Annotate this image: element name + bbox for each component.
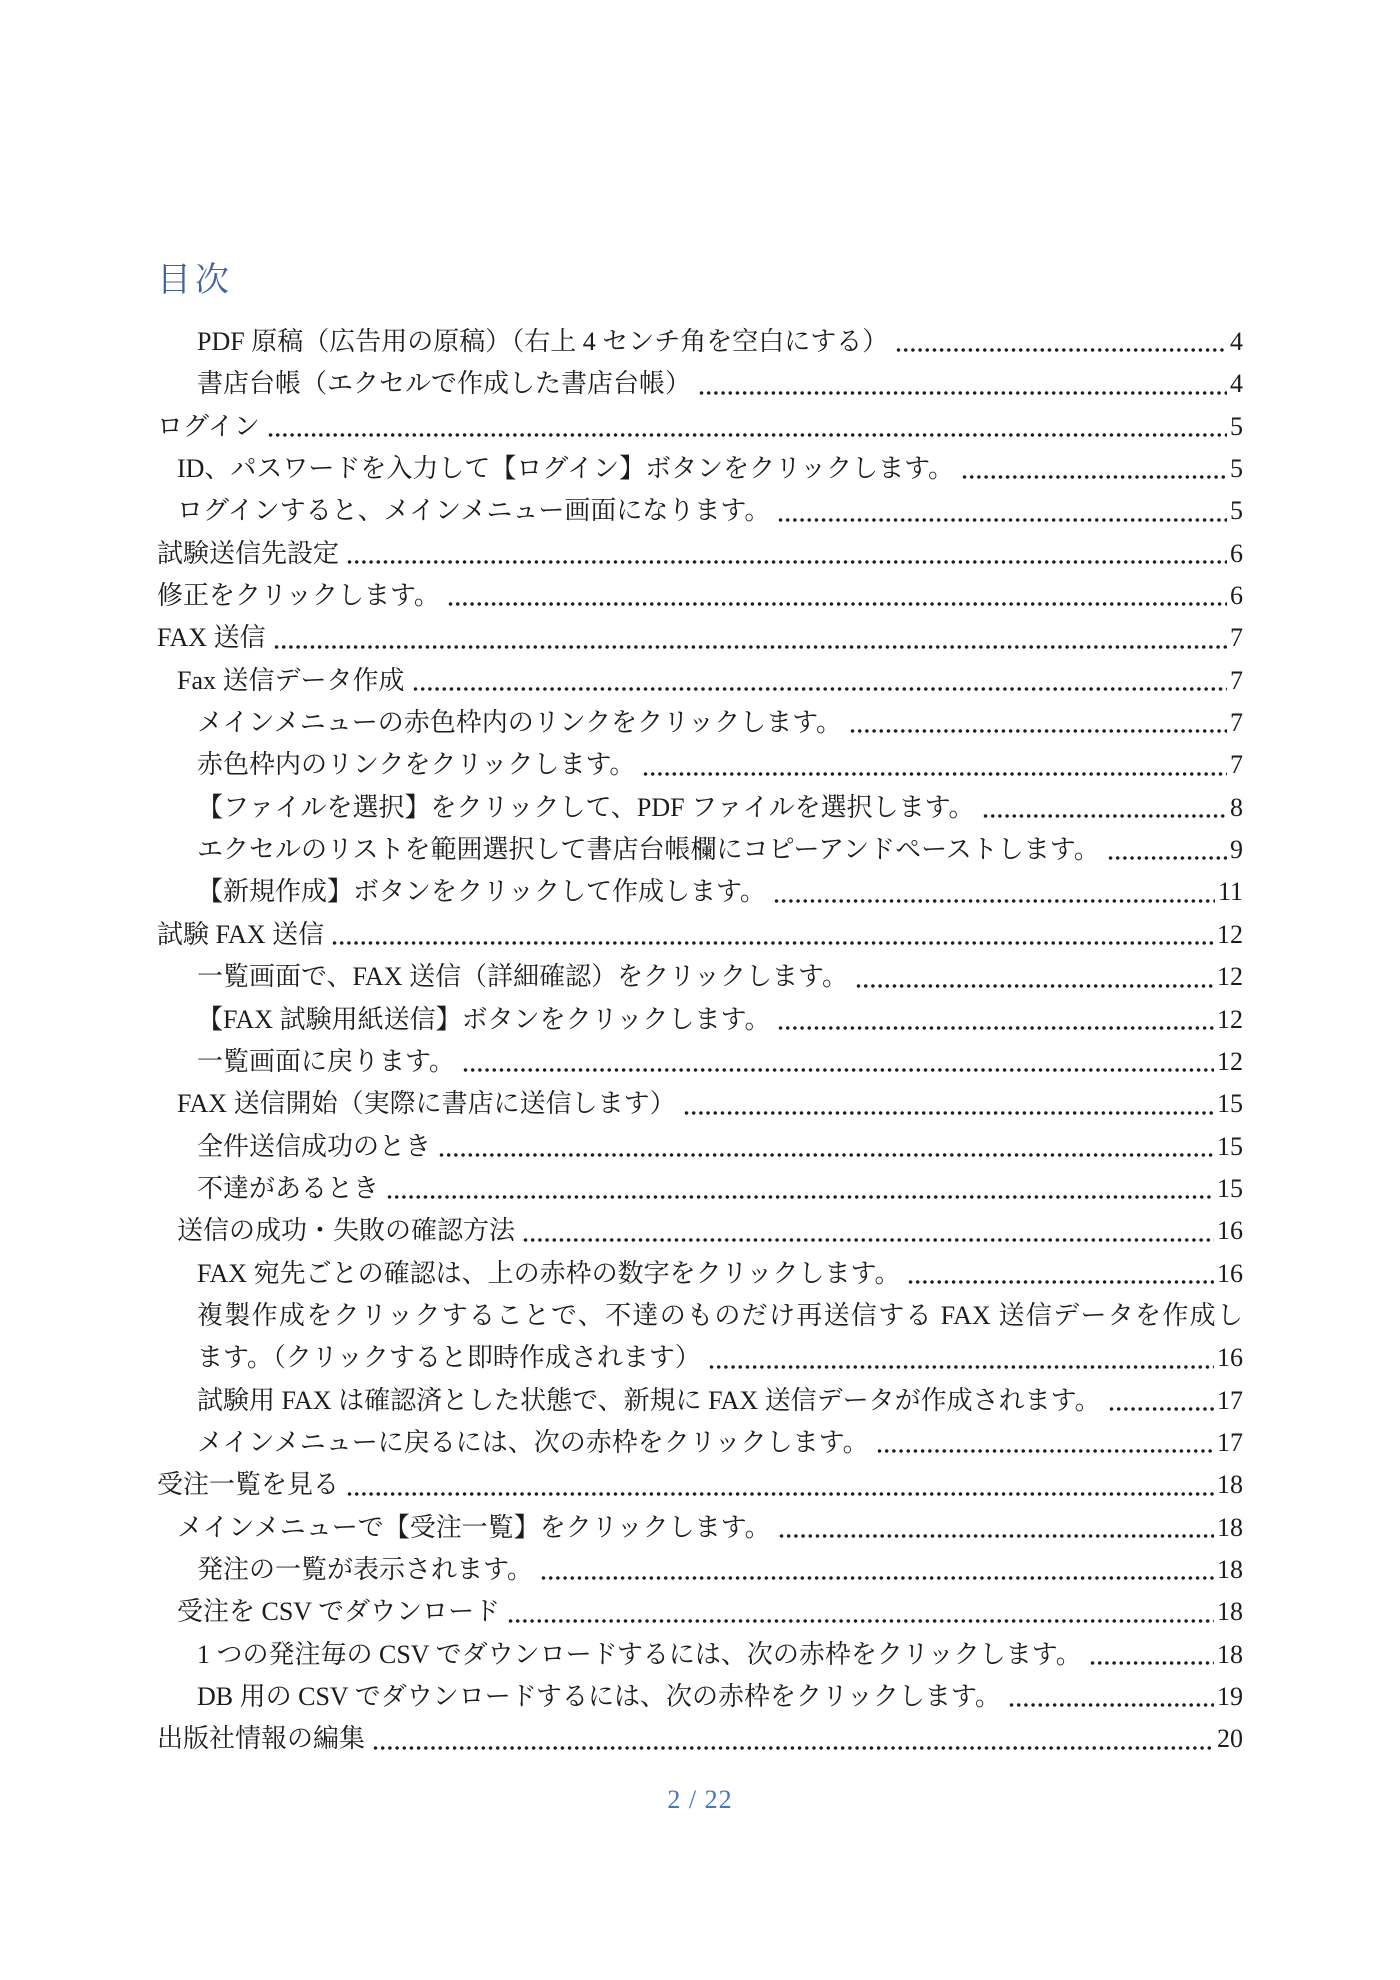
toc-entry-text: FAX 宛先ごとの確認は、上の赤枠の数字をクリックします。 xyxy=(197,1253,900,1295)
toc-page-number: 15 xyxy=(1216,1168,1243,1210)
toc-entry[interactable]: 送信の成功・失敗の確認方法16 xyxy=(157,1210,1243,1252)
toc-page-number: 4 xyxy=(1229,363,1243,405)
toc-page-number: 5 xyxy=(1229,406,1243,448)
toc-entry-text: メインメニューで【受注一覧】をクリックします。 xyxy=(177,1507,771,1549)
dot-leader xyxy=(778,1531,1214,1541)
document-page: { "page": { "title": "目次", "footer_page_… xyxy=(0,0,1400,1980)
toc-entry[interactable]: DB 用の CSV でダウンロードするには、次の赤枠をクリックします。19 xyxy=(157,1676,1243,1718)
toc-page-number: 18 xyxy=(1216,1464,1243,1506)
toc-entry-text: 【FAX 試験用紙送信】ボタンをクリックします。 xyxy=(197,999,770,1041)
toc-list: PDF 原稿（広告用の原稿）（右上 4 センチ角を空白にする）4書店台帳（エクセ… xyxy=(157,321,1243,1761)
toc-entry-text: 出版社情報の編集 xyxy=(157,1718,365,1760)
toc-entry-text: 【新規作成】ボタンをクリックして作成します。 xyxy=(197,871,766,913)
toc-entry[interactable]: メインメニューで【受注一覧】をクリックします。18 xyxy=(157,1507,1243,1549)
toc-page-number: 6 xyxy=(1229,575,1243,617)
dot-leader xyxy=(273,642,1227,652)
toc-entry[interactable]: 修正をクリックします。6 xyxy=(157,575,1243,617)
toc-entry[interactable]: 一覧画面で、FAX 送信（詳細確認）をクリックします。12 xyxy=(157,956,1243,998)
dot-leader xyxy=(522,1235,1214,1245)
dot-leader xyxy=(773,896,1215,906)
toc-entry[interactable]: ます。（クリックすると即時作成されます）16 xyxy=(157,1337,1243,1379)
toc-page-number: 9 xyxy=(1229,829,1243,871)
dot-leader xyxy=(346,557,1227,567)
toc-page-number: 15 xyxy=(1216,1126,1243,1168)
dot-leader xyxy=(346,1489,1214,1499)
dot-leader xyxy=(438,1150,1214,1160)
toc-page-number: 19 xyxy=(1216,1676,1243,1718)
toc-page-number: 12 xyxy=(1216,956,1243,998)
toc-entry-text: FAX 送信 xyxy=(157,617,266,659)
toc-entry-text: 【ファイルを選択】をクリックして、PDF ファイルを選択します。 xyxy=(197,787,975,829)
toc-page-number: 18 xyxy=(1216,1634,1243,1676)
toc-entry-text: 受注を CSV でダウンロード xyxy=(177,1591,500,1633)
toc-entry-text: 発注の一覧が表示されます。 xyxy=(197,1549,533,1591)
toc-entry-text: Fax 送信データ作成 xyxy=(177,660,405,702)
toc-entry[interactable]: 不達があるとき15 xyxy=(157,1168,1243,1210)
toc-entry-text: ログインすると、メインメニュー画面になります。 xyxy=(177,490,770,532)
dot-leader xyxy=(267,430,1227,440)
toc-entry[interactable]: 受注一覧を見る18 xyxy=(157,1464,1243,1506)
dot-leader xyxy=(855,981,1214,991)
toc-entry[interactable]: 出版社情報の編集20 xyxy=(157,1718,1243,1760)
dot-leader xyxy=(1108,1404,1214,1414)
toc-entry[interactable]: 赤色枠内のリンクをクリックします。7 xyxy=(157,744,1243,786)
toc-page-number: 12 xyxy=(1216,999,1243,1041)
toc-entry[interactable]: メインメニューの赤色枠内のリンクをクリックします。7 xyxy=(157,702,1243,744)
toc-entry-text: ます。（クリックすると即時作成されます） xyxy=(197,1337,701,1379)
toc-entry-text: 修正をクリックします。 xyxy=(157,575,440,617)
toc-page-number: 17 xyxy=(1216,1380,1243,1422)
toc-entry-text: PDF 原稿（広告用の原稿）（右上 4 センチ角を空白にする） xyxy=(197,321,888,363)
toc-page-number: 15 xyxy=(1216,1083,1243,1125)
dot-leader xyxy=(372,1743,1214,1753)
toc-entry[interactable]: 【新規作成】ボタンをクリックして作成します。11 xyxy=(157,871,1243,913)
dot-leader xyxy=(507,1616,1214,1626)
toc-title: 目次 xyxy=(157,252,233,301)
dot-leader xyxy=(642,769,1227,779)
toc-page-number: 6 xyxy=(1229,533,1243,575)
toc-entry-text: 試験用 FAX は確認済とした状態で、新規に FAX 送信データが作成されます。 xyxy=(197,1380,1101,1422)
dot-leader xyxy=(961,472,1227,482)
toc-entry-text: DB 用の CSV でダウンロードするには、次の赤枠をクリックします。 xyxy=(197,1676,1001,1718)
dot-leader xyxy=(1107,853,1227,863)
toc-entry[interactable]: 試験 FAX 送信12 xyxy=(157,914,1243,956)
toc-entry[interactable]: 試験用 FAX は確認済とした状態で、新規に FAX 送信データが作成されます。… xyxy=(157,1380,1243,1422)
toc-entry[interactable]: 書店台帳（エクセルで作成した書店台帳）4 xyxy=(157,363,1243,405)
toc-page-number: 16 xyxy=(1216,1210,1243,1252)
toc-page-number: 18 xyxy=(1216,1549,1243,1591)
toc-entry[interactable]: Fax 送信データ作成7 xyxy=(157,660,1243,702)
toc-page-number: 20 xyxy=(1216,1718,1243,1760)
dot-leader xyxy=(683,1108,1214,1118)
toc-entry-text: 1 つの発注毎の CSV でダウンロードするには、次の赤枠をクリックします。 xyxy=(197,1634,1082,1676)
dot-leader xyxy=(540,1573,1214,1583)
toc-entry[interactable]: 【ファイルを選択】をクリックして、PDF ファイルを選択します。8 xyxy=(157,787,1243,829)
dot-leader xyxy=(849,726,1227,736)
toc-entry-text: エクセルのリストを範囲選択して書店台帳欄にコピーアンドペーストします。 xyxy=(197,829,1100,871)
toc-page-number: 7 xyxy=(1229,744,1243,786)
toc-entry-text: 赤色枠内のリンクをクリックします。 xyxy=(197,744,635,786)
dot-leader xyxy=(876,1446,1214,1456)
toc-entry-text: ID、パスワードを入力して【ログイン】ボタンをクリックします。 xyxy=(177,448,954,490)
toc-entry[interactable]: ID、パスワードを入力して【ログイン】ボタンをクリックします。5 xyxy=(157,448,1243,490)
toc-entry-text: 一覧画面で、FAX 送信（詳細確認）をクリックします。 xyxy=(197,956,848,998)
dot-leader xyxy=(1008,1700,1214,1710)
toc-page-number: 8 xyxy=(1229,787,1243,829)
toc-entry[interactable]: FAX 宛先ごとの確認は、上の赤枠の数字をクリックします。16 xyxy=(157,1253,1243,1295)
toc-entry-text: ログイン xyxy=(157,406,260,448)
toc-entry[interactable]: メインメニューに戻るには、次の赤枠をクリックします。17 xyxy=(157,1422,1243,1464)
toc-entry-text: 全件送信成功のとき xyxy=(197,1126,431,1168)
toc-entry-text: 試験 FAX 送信 xyxy=(157,914,324,956)
toc-page-number: 12 xyxy=(1216,1041,1243,1083)
dot-leader xyxy=(907,1277,1214,1287)
dot-leader xyxy=(777,515,1227,525)
toc-page-number: 12 xyxy=(1216,914,1243,956)
toc-entry-text: 一覧画面に戻ります。 xyxy=(197,1041,455,1083)
dot-leader xyxy=(895,345,1227,355)
toc-page-number: 5 xyxy=(1229,490,1243,532)
toc-entry-text: 試験送信先設定 xyxy=(157,533,339,575)
toc-entry[interactable]: 発注の一覧が表示されます。18 xyxy=(157,1549,1243,1591)
toc-page-number: 11 xyxy=(1217,871,1243,913)
dot-leader xyxy=(447,599,1227,609)
toc-entry-text: FAX 送信開始（実際に書店に送信します） xyxy=(177,1083,676,1125)
toc-entry[interactable]: 1 つの発注毎の CSV でダウンロードするには、次の赤枠をクリックします。18 xyxy=(157,1634,1243,1676)
toc-page-number: 18 xyxy=(1216,1591,1243,1633)
toc-entry-text: 複製作成をクリックすることで、不達のものだけ再送信する FAX 送信データを作成… xyxy=(197,1301,1243,1330)
toc-entry[interactable]: 受注を CSV でダウンロード18 xyxy=(157,1591,1243,1633)
toc-entry[interactable]: エクセルのリストを範囲選択して書店台帳欄にコピーアンドペーストします。9 xyxy=(157,829,1243,871)
toc-entry-text: メインメニューの赤色枠内のリンクをクリックします。 xyxy=(197,702,842,744)
dot-leader xyxy=(386,1192,1214,1202)
toc-page-number: 4 xyxy=(1229,321,1243,363)
toc-entry[interactable]: 全件送信成功のとき15 xyxy=(157,1126,1243,1168)
toc-entry-text: メインメニューに戻るには、次の赤枠をクリックします。 xyxy=(197,1422,869,1464)
toc-entry-text: 書店台帳（エクセルで作成した書店台帳） xyxy=(197,363,691,405)
toc-entry[interactable]: PDF 原稿（広告用の原稿）（右上 4 センチ角を空白にする）4 xyxy=(157,321,1243,363)
toc-page-number: 18 xyxy=(1216,1507,1243,1549)
toc-page-number: 7 xyxy=(1229,617,1243,659)
toc-entry[interactable]: ログインすると、メインメニュー画面になります。5 xyxy=(157,490,1243,532)
page-number-footer: 2 / 22 xyxy=(0,1785,1400,1815)
toc-page-number: 16 xyxy=(1216,1337,1243,1379)
dot-leader xyxy=(708,1362,1214,1372)
toc-entry[interactable]: 一覧画面に戻ります。12 xyxy=(157,1041,1243,1083)
toc-entry[interactable]: 【FAX 試験用紙送信】ボタンをクリックします。12 xyxy=(157,999,1243,1041)
toc-page-number: 7 xyxy=(1229,660,1243,702)
toc-entry-text: 受注一覧を見る xyxy=(157,1464,339,1506)
toc-page-number: 5 xyxy=(1229,448,1243,490)
toc-page-number: 16 xyxy=(1216,1253,1243,1295)
dot-leader xyxy=(777,1023,1214,1033)
dot-leader xyxy=(698,388,1227,398)
dot-leader xyxy=(412,684,1227,694)
dot-leader xyxy=(331,938,1214,948)
toc-page-number: 7 xyxy=(1229,702,1243,744)
dot-leader xyxy=(1089,1658,1214,1668)
toc-entry-text: 不達があるとき xyxy=(197,1168,379,1210)
toc-page-number: 17 xyxy=(1216,1422,1243,1464)
toc-entry-text: 送信の成功・失敗の確認方法 xyxy=(177,1210,515,1252)
toc-entry[interactable]: FAX 送信開始（実際に書店に送信します）15 xyxy=(157,1083,1243,1125)
dot-leader xyxy=(462,1065,1214,1075)
toc-entry[interactable]: FAX 送信7 xyxy=(157,617,1243,659)
toc-entry[interactable]: ログイン5 xyxy=(157,406,1243,448)
dot-leader xyxy=(982,811,1227,821)
toc-entry[interactable]: 試験送信先設定6 xyxy=(157,533,1243,575)
toc-entry[interactable]: 複製作成をクリックすることで、不達のものだけ再送信する FAX 送信データを作成… xyxy=(157,1295,1243,1337)
